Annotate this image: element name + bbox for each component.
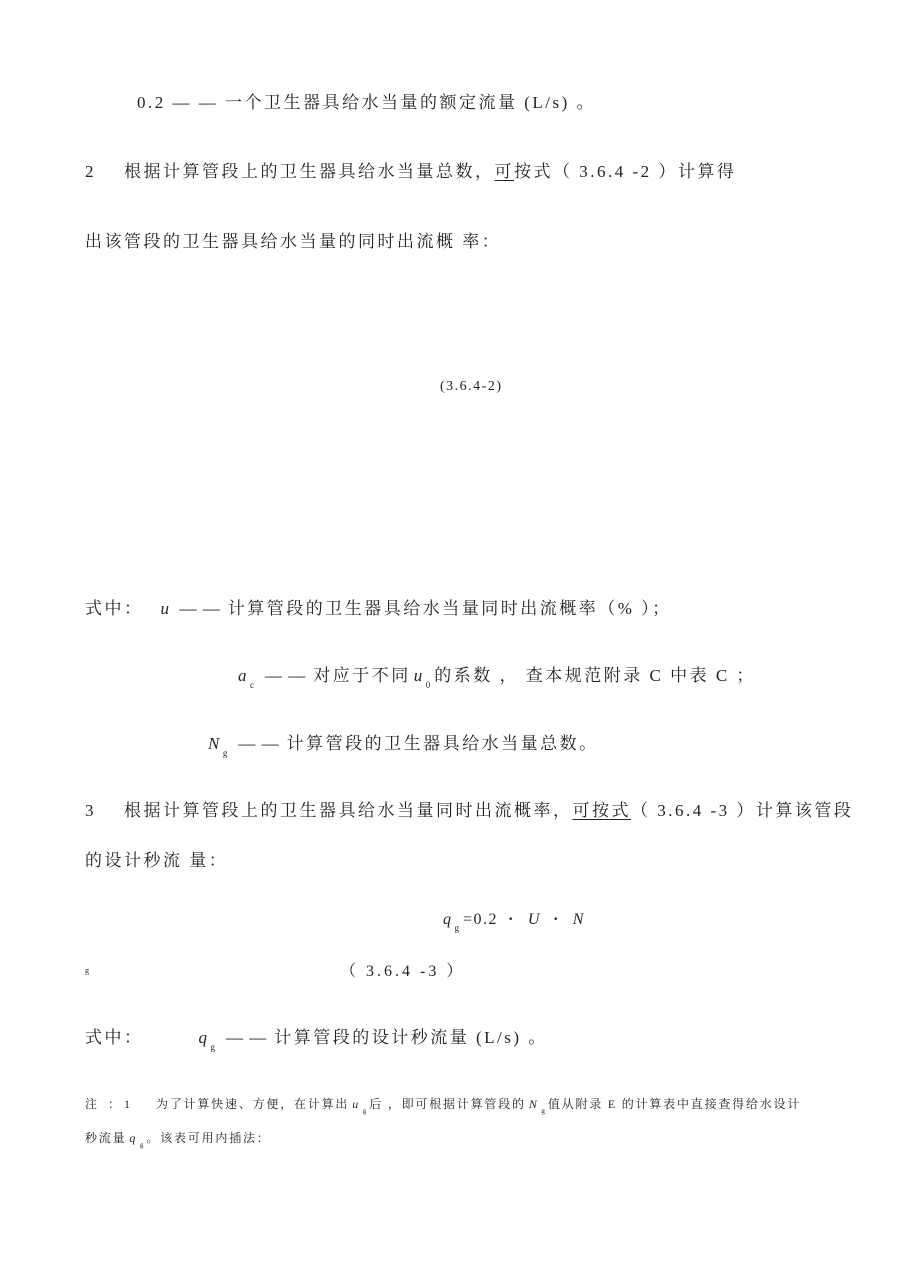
dashes: — —	[180, 599, 221, 618]
note-var-u: u	[349, 1097, 362, 1111]
document-page: 0.2 — — 一个卫生器具给水当量的额定流量 (L/s) 。 2根据计算管段上…	[0, 0, 900, 1273]
equation-3-6-4-3-label: （ 3.6.4 -3 ）	[340, 958, 465, 981]
equation-label-text: （ 3.6.4 -3 ）	[340, 963, 465, 980]
item-2-number: 2	[85, 162, 96, 182]
item-3-text-post: （ 3.6.4 -3 ）计算该管段	[631, 801, 853, 820]
where-clause-ac: ac— —对应于不同u0的系数 ， 查本规范附录 C 中表 C ；	[235, 661, 756, 687]
item-2-text-post: 按式（ 3.6.4 -2 ）计算得	[514, 162, 736, 181]
where-ac-desc-pre: 对应于不同	[313, 666, 411, 685]
var-qg-subscript: g	[211, 1042, 216, 1052]
dashes: — —	[238, 734, 279, 753]
var-u: u	[158, 599, 173, 618]
var-qg: q	[440, 911, 455, 928]
note-line-2: 秒流量qg。该表可用内插法：	[85, 1129, 271, 1147]
rated-flow-text: 0.2 — — 一个卫生器具给水当量的额定流量 (L/s) 。	[137, 93, 596, 112]
var-u0-subscript: 0	[426, 680, 431, 690]
var-qg-subscript: g	[455, 923, 460, 933]
item-3-text-pre: 根据计算管段上的卫生器具给水当量同时出流概率，	[124, 801, 573, 820]
var-u0: u	[411, 666, 426, 685]
item-2-underlined: 可	[495, 162, 515, 181]
para-item-3-continued: 的设计秒流 量：	[85, 846, 228, 871]
equation-equals: =0.2	[463, 911, 498, 928]
dashes: — —	[265, 666, 306, 685]
note-text-e: 。该表可用内插法：	[146, 1131, 270, 1145]
line-rated-flow: 0.2 — — 一个卫生器具给水当量的额定流量 (L/s) 。	[137, 88, 596, 113]
equation-label-text: (3.6.4-2)	[440, 379, 503, 394]
orphan-subscript-g: g	[85, 966, 92, 975]
where-clause-u: 式中：u— —计算管段的卫生器具给水当量同时出流概率（% ）；	[85, 594, 672, 619]
note-var-q: q	[126, 1131, 139, 1145]
var-n: N	[205, 734, 223, 753]
equation-3-6-4-2-label: (3.6.4-2)	[440, 379, 503, 395]
multiply-dot: ·	[508, 911, 515, 928]
var-u-cap: U	[525, 911, 543, 928]
where-ng-desc: 计算管段的卫生器具给水当量总数。	[287, 734, 599, 753]
note-label: 注 ：1	[85, 1097, 134, 1111]
var-n-subscript: g	[223, 748, 228, 758]
note-text-d: 秒流量	[85, 1131, 126, 1145]
item-3-underlined: 可按式	[573, 801, 632, 820]
note-text-a: 为了计算快速、方便，在计算出	[156, 1097, 349, 1111]
item-2-cont-text: 出该管段的卫生器具给水当量的同时出流概 率：	[85, 232, 501, 251]
orphan-subscript-text: g	[85, 966, 92, 975]
item-3-cont-text: 的设计秒流 量：	[85, 851, 228, 870]
where-u-desc: 计算管段的卫生器具给水当量同时出流概率（% ）；	[228, 599, 672, 618]
note-var-n-subscript: g	[541, 1107, 545, 1115]
note-var-q-subscript: g	[140, 1141, 144, 1149]
var-a-subscript: c	[250, 680, 254, 690]
note-var-n: N	[526, 1097, 541, 1111]
note-line-1: 注 ：1为了计算快速、方便，在计算出ug后 ，即可根据计算管段的Ng值从附录 E…	[85, 1095, 801, 1113]
dashes: — —	[226, 1028, 267, 1047]
equation-3-6-4-3: qg=0.2·U·N	[440, 911, 587, 930]
where-prefix: 式中：	[85, 599, 144, 618]
where-ac-desc-post: 的系数 ， 查本规范附录 C 中表 C ；	[434, 666, 756, 685]
var-n-cap: N	[570, 911, 587, 928]
where-qg-desc: 计算管段的设计秒流量 (L/s) 。	[274, 1028, 548, 1047]
para-item-2-continued: 出该管段的卫生器具给水当量的同时出流概 率：	[85, 227, 501, 252]
var-qg: q	[196, 1028, 211, 1047]
item-3-number: 3	[85, 801, 96, 821]
para-item-3: 3根据计算管段上的卫生器具给水当量同时出流概率，可按式（ 3.6.4 -3 ）计…	[85, 796, 853, 821]
where-clause-ng: Ng— —计算管段的卫生器具给水当量总数。	[205, 729, 599, 755]
multiply-dot: ·	[553, 911, 560, 928]
note-text-b: 后 ，即可根据计算管段的	[369, 1097, 526, 1111]
where-clause-qg: 式中：qg— —计算管段的设计秒流量 (L/s) 。	[85, 1023, 548, 1049]
item-2-text-pre: 根据计算管段上的卫生器具给水当量总数，	[124, 162, 495, 181]
where-prefix: 式中：	[85, 1028, 144, 1047]
note-var-u-subscript: g	[363, 1107, 367, 1115]
var-a: a	[235, 666, 250, 685]
para-item-2: 2根据计算管段上的卫生器具给水当量总数，可按式（ 3.6.4 -2 ）计算得	[85, 157, 736, 182]
note-text-c: 值从附录 E 的计算表中直接查得给水设计	[548, 1097, 801, 1111]
